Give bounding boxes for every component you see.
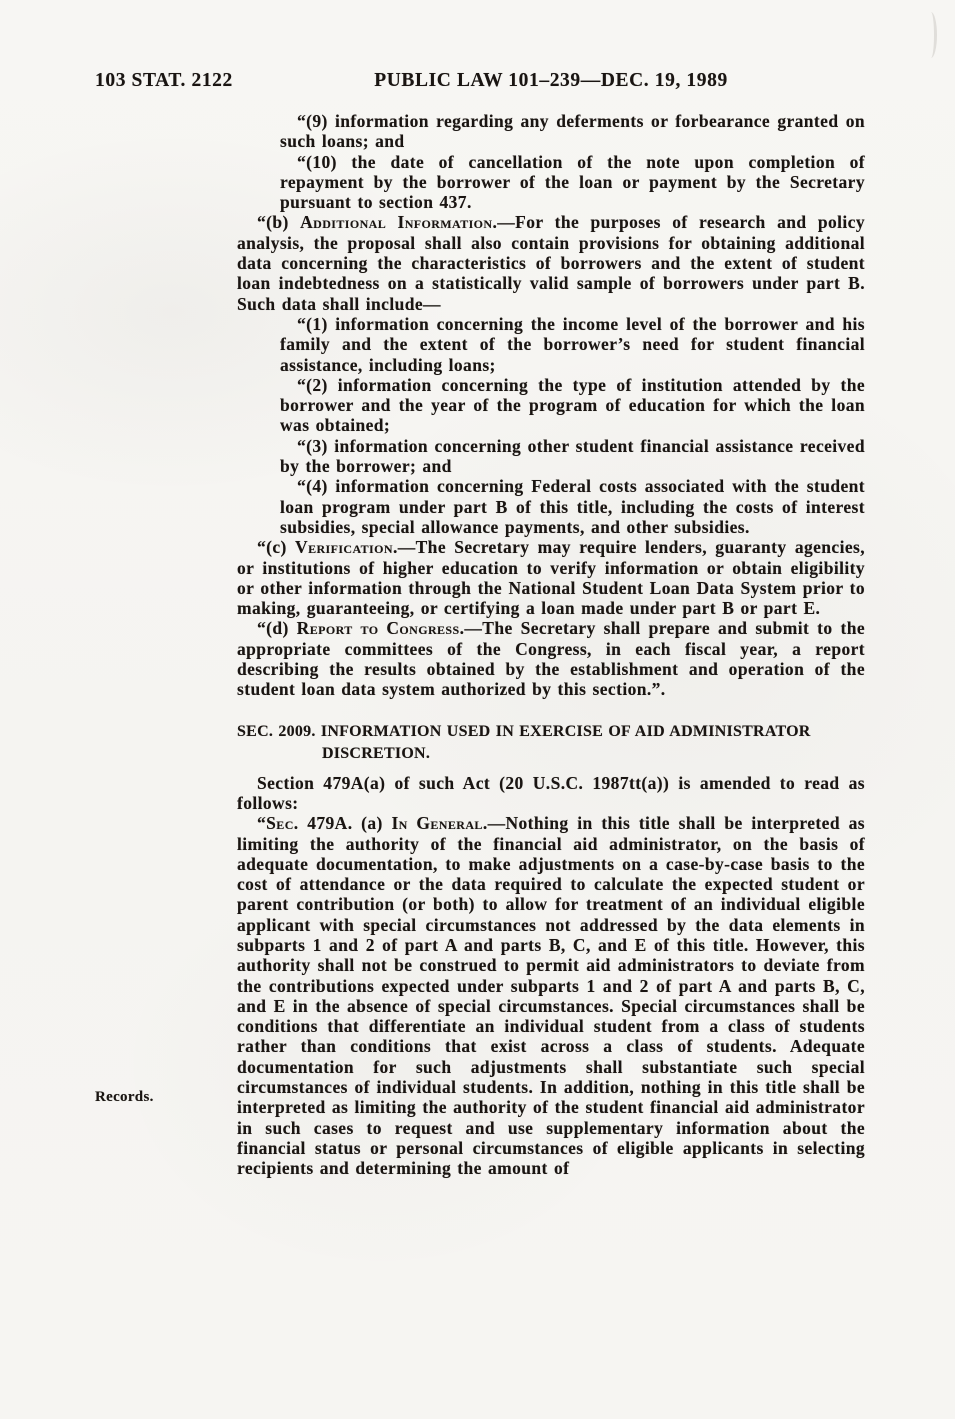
section-2009-heading: SEC. 2009. INFORMATION USED IN EXERCISE …: [237, 721, 865, 765]
statute-subsection-c: “(c) Verification.—The Secretary may req…: [237, 537, 865, 618]
statute-item-10: “(10) the date of cancellation of the no…: [280, 152, 865, 213]
law-title: PUBLIC LAW 101–239—DEC. 19, 1989: [237, 70, 865, 92]
statute-subsection-b: “(b) Additional Information.—For the pur…: [237, 212, 865, 313]
statute-item-3: “(3) information concerning other studen…: [280, 436, 865, 477]
paragraph-text: .—Nothing in this title shall be interpr…: [237, 813, 865, 1178]
section-heading-line2: DISCRETION.: [322, 745, 430, 762]
statute-section-479a: “Sec. 479A. (a) In General.—Nothing in t…: [237, 813, 865, 1178]
statute-body: “(9) information regarding any deferment…: [237, 111, 865, 1179]
paragraph-text: 479A. (a): [299, 813, 392, 833]
small-caps-label: In General: [391, 813, 482, 833]
scan-artifact-mark: [925, 12, 937, 58]
paragraph-prefix: “(d): [257, 618, 297, 638]
small-caps-label: Verification: [295, 537, 393, 557]
margin-note-records: Records.: [95, 1089, 154, 1106]
small-caps-label: Report to Congress: [297, 618, 460, 638]
statute-item-1: “(1) information concerning the income l…: [280, 314, 865, 375]
statute-item-4: “(4) information concerning Federal cost…: [280, 476, 865, 537]
paragraph-prefix: “: [257, 813, 266, 833]
small-caps-label: Additional Information: [300, 212, 492, 232]
amendment-intro: Section 479A(a) of such Act (20 U.S.C. 1…: [237, 773, 865, 814]
section-heading-line1: SEC. 2009. INFORMATION USED IN EXERCISE …: [237, 723, 811, 740]
stat-page-number: 103 STAT. 2122: [95, 70, 233, 92]
small-caps-label: Sec.: [266, 813, 298, 833]
paragraph-prefix: “(b): [257, 212, 300, 232]
scanned-statute-page: 103 STAT. 2122 PUBLIC LAW 101–239—DEC. 1…: [0, 0, 955, 1419]
statute-item-2: “(2) information concerning the type of …: [280, 375, 865, 436]
statute-subsection-d: “(d) Report to Congress.—The Secretary s…: [237, 618, 865, 699]
paragraph-prefix: “(c): [257, 537, 295, 557]
statute-item-9: “(9) information regarding any deferment…: [280, 111, 865, 152]
